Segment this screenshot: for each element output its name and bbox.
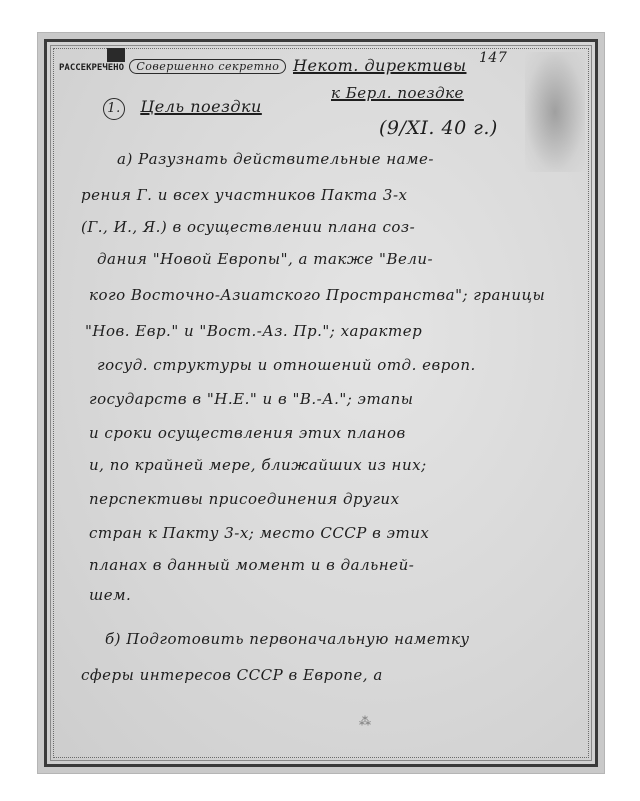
text-line: госуд. структуры и отношений отд. европ. (97, 356, 476, 374)
text-line: (Г., И., Я.) в осуществлении плана соз- (81, 218, 415, 236)
text-line: б) Подготовить первоначальную наметку (105, 630, 470, 648)
declassified-stamp: РАССЕКРЕЧЕНО (59, 63, 124, 73)
text-line: а) Разузнать действительные наме- (117, 150, 434, 168)
text-line: стран к Пакту 3-х; место СССР в этих (89, 524, 429, 542)
ink-smudge (525, 52, 585, 172)
document-paper: РАССЕКРЕЧЕНО Совершенно секретно Некот. … (44, 39, 598, 767)
text-line: "Нов. Евр." и "Вост.-Аз. Пр."; характер (85, 322, 422, 340)
document-date: (9/XI. 40 г.) (379, 117, 498, 139)
classification-mark: Совершенно секретно (129, 59, 286, 74)
text-line: рения Г. и всех участников Пакта 3-х (81, 186, 407, 204)
text-line: шем. (89, 586, 131, 604)
title-line-1: Некот. директивы (293, 56, 466, 75)
section-heading: 1. Цель поездки (103, 97, 262, 120)
section-title: Цель поездки (140, 97, 262, 116)
section-number: 1. (103, 98, 125, 120)
title-line-2: к Берл. поездке (331, 84, 464, 102)
text-line: дания "Новой Европы", а также "Вели- (97, 250, 433, 268)
text-line: планах в данный момент и в дальней- (89, 556, 414, 574)
text-line: и сроки осуществления этих планов (89, 424, 406, 442)
header-row: РАССЕКРЕЧЕНО Совершенно секретно (59, 56, 286, 74)
archive-mark: ⁂ (359, 714, 372, 728)
text-line: перспективы присоединения других (89, 490, 400, 508)
text-line: и, по крайней мере, ближайших из них; (89, 456, 427, 474)
text-line: кого Восточно-Азиатского Пространства"; … (89, 286, 545, 304)
document-scan: РАССЕКРЕЧЕНО Совершенно секретно Некот. … (38, 33, 604, 773)
text-line: государств в "Н.Е." и в "В.-А."; этапы (89, 390, 414, 408)
text-line: сферы интересов СССР в Европе, а (81, 666, 383, 684)
folio-number: 147 (479, 50, 507, 66)
